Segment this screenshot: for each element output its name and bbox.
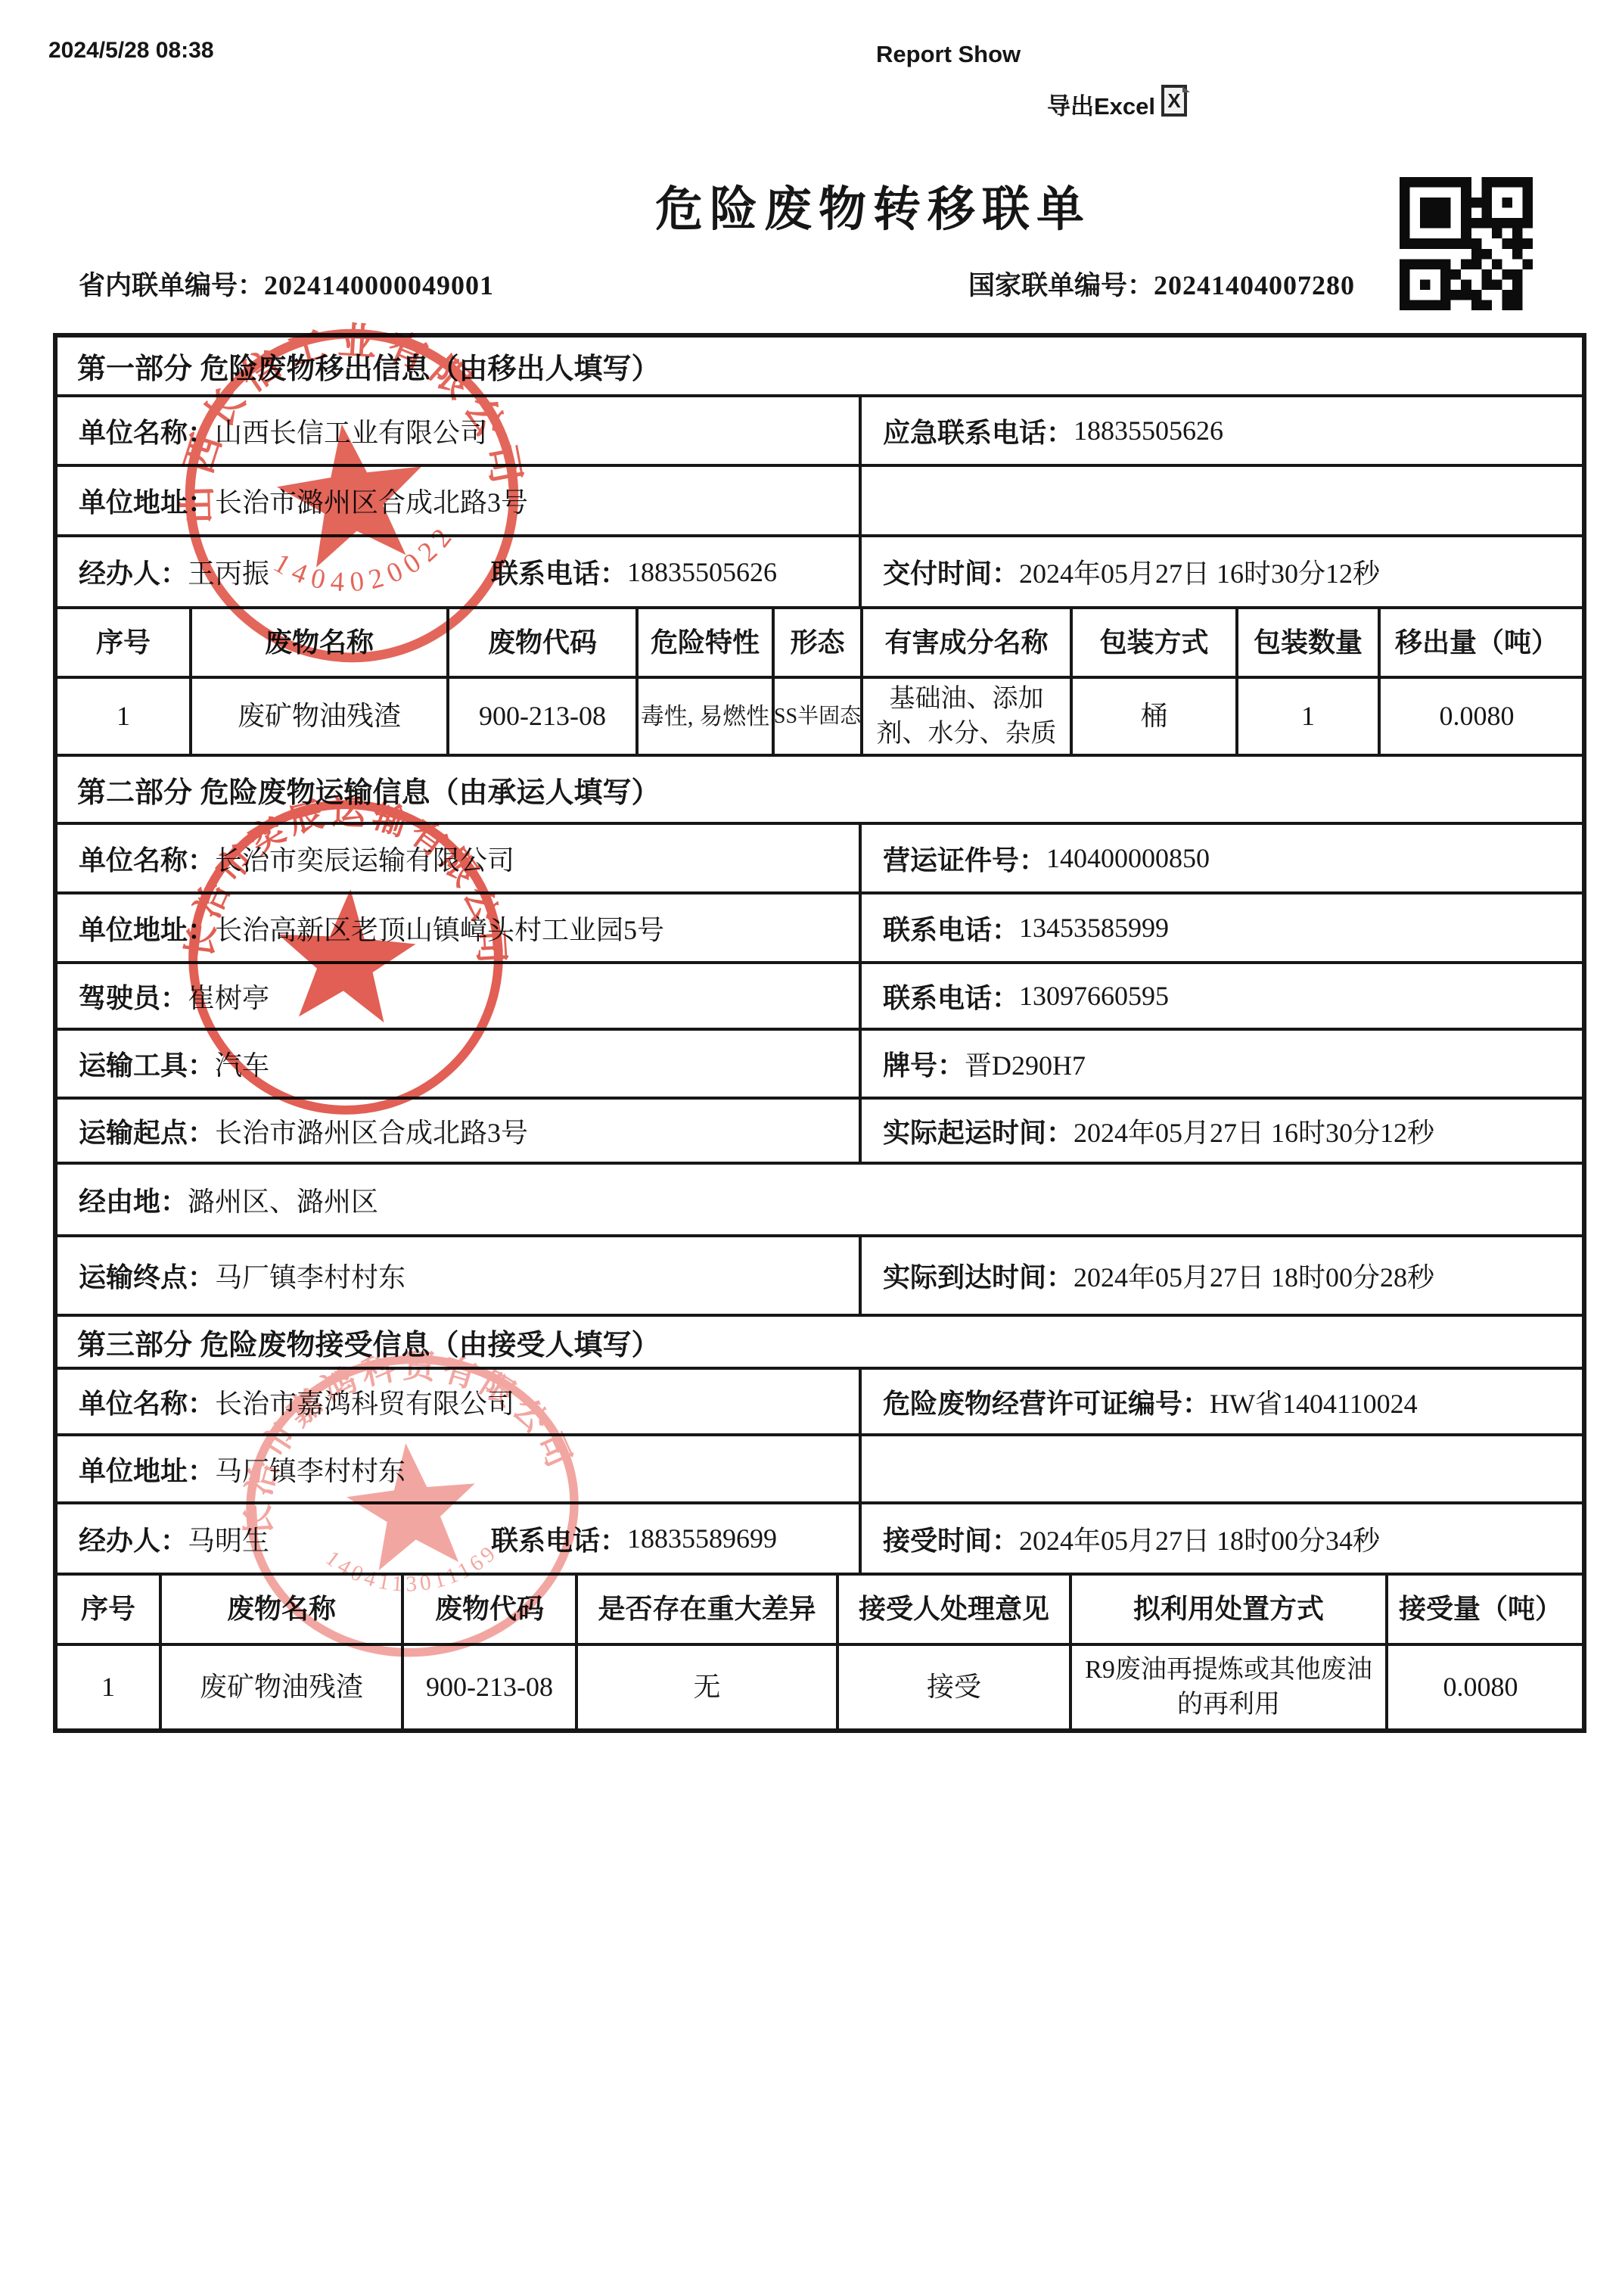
- field-s2-license: 营运证件号： 140400000850: [862, 825, 1582, 891]
- field-s2-vehicle: 运输工具： 汽车: [57, 1031, 862, 1097]
- s3-agent-label: 经办人：: [79, 1520, 188, 1558]
- document-title: 危险废物转移联单: [655, 171, 1091, 240]
- section2-row-unit-name: 单位名称： 长治市奕辰运输有限公司 营运证件号： 140400000850: [57, 822, 1582, 891]
- s3-cell-opinion: 接受: [839, 1646, 1072, 1728]
- s3-unit-name-value: 长治市嘉鸿科贸有限公司: [215, 1383, 514, 1421]
- field-s2-arrive-time: 实际到达时间： 2024年05月27日 18时00分28秒: [862, 1237, 1582, 1314]
- section3-table-header: 序号 废物名称 废物代码 是否存在重大差异 接受人处理意见 拟利用处置方式 接受…: [57, 1573, 1582, 1643]
- section1-table-header: 序号 废物名称 废物代码 危险特性 形态 有害成分名称 包装方式 包装数量 移出…: [57, 606, 1582, 676]
- s3-agent-phone-value: 18835589699: [627, 1523, 777, 1554]
- s3-agent-value: 马明生: [188, 1520, 269, 1558]
- s1-col-amount: 移出量（吨）: [1381, 609, 1573, 676]
- s3-accept-time-value: 2024年05月27日 18时00分34秒: [1019, 1520, 1380, 1558]
- province-manifest-label: 省内联单编号：: [79, 271, 264, 300]
- s1-unit-addr-label: 单位地址：: [79, 481, 215, 520]
- s1-cell-seq: 1: [57, 679, 192, 754]
- field-s3-unit-addr: 单位地址： 马厂镇李村村东: [57, 1436, 862, 1501]
- section3-table-row: 1 废矿物油残渣 900-213-08 无 接受 R9废油再提炼或其他废油的再利…: [57, 1643, 1582, 1728]
- s2-origin-value: 长治市潞州区合成北路3号: [215, 1112, 528, 1150]
- section2-row-driver: 驾驶员： 崔树亭 联系电话： 13097660595: [57, 961, 1582, 1028]
- national-manifest-value: 20241404007280: [1154, 270, 1355, 300]
- field-s2-driver-phone: 联系电话： 13097660595: [862, 964, 1582, 1028]
- field-s2-via: 经由地： 潞州区、潞州区: [57, 1165, 1582, 1234]
- s2-addr-phone-value: 13453585999: [1019, 912, 1169, 944]
- s2-arrive-time-label: 实际到达时间：: [883, 1256, 1074, 1295]
- s3-col-seq: 序号: [57, 1576, 162, 1643]
- s2-unit-addr-label: 单位地址：: [79, 909, 215, 947]
- s1-emergency-phone-label: 应急联系电话：: [883, 412, 1074, 450]
- s2-via-label: 经由地：: [79, 1181, 188, 1219]
- s1-col-hazard: 危险特性: [639, 609, 775, 676]
- s1-agent-phone-value: 18835505626: [627, 556, 777, 588]
- section3-row-unit-addr: 单位地址： 马厂镇李村村东: [57, 1433, 1582, 1501]
- field-s2-driver: 驾驶员： 崔树亭: [57, 964, 862, 1028]
- section1-row-unit-addr: 单位地址： 长治市潞州区合成北路3号: [57, 464, 1582, 534]
- field-s2-unit-addr: 单位地址： 长治高新区老顶山镇嶂头村工业园5号: [57, 894, 862, 961]
- s1-deliver-time-value: 2024年05月27日 16时30分12秒: [1019, 552, 1380, 591]
- s1-cell-hazard: 毒性, 易燃性: [639, 679, 775, 754]
- field-s2-plate: 牌号： 晋D290H7: [862, 1031, 1582, 1097]
- s2-via-value: 潞州区、潞州区: [188, 1181, 378, 1219]
- section3-row-unit-name: 单位名称： 长治市嘉鸿科贸有限公司 危险废物经营许可证编号： HW省140411…: [57, 1367, 1582, 1433]
- s3-unit-addr-label: 单位地址：: [79, 1450, 215, 1489]
- s2-plate-label: 牌号：: [883, 1044, 965, 1083]
- s2-unit-addr-value: 长治高新区老顶山镇嶂头村工业园5号: [215, 909, 664, 947]
- s1-cell-waste-name: 废矿物油残渣: [192, 679, 449, 754]
- field-s1-deliver-time: 交付时间： 2024年05月27日 16时30分12秒: [862, 537, 1582, 606]
- s3-cell-amount: 0.0080: [1388, 1646, 1573, 1728]
- section2-row-dest: 运输终点： 马厂镇李村村东 实际到达时间： 2024年05月27日 18时00分…: [57, 1234, 1582, 1314]
- section3-row-agent: 经办人：马明生 联系电话： 18835589699 接受时间： 2024年05月…: [57, 1501, 1582, 1573]
- section2-row-origin: 运输起点： 长治市潞州区合成北路3号 实际起运时间： 2024年05月27日 1…: [57, 1097, 1582, 1162]
- province-manifest-number: 省内联单编号：2024140000049001: [79, 265, 494, 303]
- s1-col-package: 包装方式: [1073, 609, 1238, 676]
- s2-license-value: 140400000850: [1046, 842, 1210, 874]
- s1-emergency-phone-value: 18835505626: [1074, 415, 1223, 446]
- s2-unit-name-value: 长治市奕辰运输有限公司: [215, 839, 514, 878]
- section1-title: 第一部分 危险废物移出信息（由移出人填写）: [57, 338, 1582, 394]
- s3-unit-name-label: 单位名称：: [79, 1383, 215, 1421]
- section2-row-unit-addr: 单位地址： 长治高新区老顶山镇嶂头村工业园5号 联系电话： 1345358599…: [57, 891, 1582, 961]
- s3-unit-addr-value: 马厂镇李村村东: [215, 1450, 405, 1489]
- s3-cell-discrepancy: 无: [578, 1646, 839, 1728]
- s2-dest-value: 马厂镇李村村东: [215, 1256, 405, 1295]
- field-s3-empty: [862, 1436, 1582, 1501]
- s2-plate-value: 晋D290H7: [965, 1044, 1086, 1083]
- s3-permit-value: HW省1404110024: [1210, 1383, 1418, 1421]
- s2-arrive-time-value: 2024年05月27日 18时00分28秒: [1074, 1256, 1434, 1295]
- export-excel-label: 导出Excel: [1047, 87, 1155, 121]
- field-s2-origin: 运输起点： 长治市潞州区合成北路3号: [57, 1100, 862, 1162]
- excel-icon: X: [1160, 82, 1192, 126]
- field-s2-dest: 运输终点： 马厂镇李村村东: [57, 1237, 862, 1314]
- national-manifest-number: 国家联单编号：20241404007280: [968, 265, 1355, 303]
- s1-unit-name-value: 山西长信工业有限公司: [215, 412, 487, 450]
- field-s1-emergency-phone: 应急联系电话： 18835505626: [862, 397, 1582, 464]
- s2-license-label: 营运证件号：: [883, 839, 1046, 878]
- s2-addr-phone-label: 联系电话：: [883, 909, 1019, 947]
- s2-driver-label: 驾驶员：: [79, 977, 188, 1016]
- export-excel-button[interactable]: 导出Excel X: [1047, 82, 1192, 126]
- s2-origin-label: 运输起点：: [79, 1112, 215, 1150]
- manifest-form: 第一部分 危险废物移出信息（由移出人填写） 单位名称： 山西长信工业有限公司 应…: [53, 333, 1586, 1733]
- section1-row-agent: 经办人：王丙振 联系电话： 18835505626 交付时间： 2024年05月…: [57, 534, 1582, 606]
- field-s3-accept-time: 接受时间： 2024年05月27日 18时00分34秒: [862, 1504, 1582, 1573]
- s2-driver-phone-value: 13097660595: [1019, 980, 1169, 1012]
- field-s2-addr-phone: 联系电话： 13453585999: [862, 894, 1582, 961]
- qr-code: [1400, 173, 1533, 319]
- province-manifest-value: 2024140000049001: [264, 270, 494, 300]
- s1-col-form: 形态: [775, 609, 863, 676]
- s1-cell-waste-code: 900-213-08: [449, 679, 639, 754]
- s2-dest-label: 运输终点：: [79, 1256, 215, 1295]
- s1-col-components: 有害成分名称: [863, 609, 1073, 676]
- s3-col-opinion: 接受人处理意见: [839, 1576, 1072, 1643]
- field-s3-agent: 经办人：马明生 联系电话： 18835589699: [57, 1504, 862, 1573]
- s2-vehicle-label: 运输工具：: [79, 1044, 215, 1083]
- s1-cell-package-qty: 1: [1238, 679, 1381, 754]
- s2-driver-value: 崔树亭: [188, 977, 269, 1016]
- s2-driver-phone-label: 联系电话：: [883, 977, 1019, 1016]
- field-s1-unit-name: 单位名称： 山西长信工业有限公司: [57, 397, 862, 464]
- s2-vehicle-value: 汽车: [215, 1044, 269, 1083]
- section2-row-vehicle: 运输工具： 汽车 牌号： 晋D290H7: [57, 1028, 1582, 1097]
- field-s3-permit: 危险废物经营许可证编号： HW省1404110024: [862, 1370, 1582, 1433]
- section2-title: 第二部分 危险废物运输信息（由承运人填写）: [57, 754, 1582, 822]
- svg-text:X: X: [1167, 89, 1181, 112]
- section2-row-via: 经由地： 潞州区、潞州区: [57, 1162, 1582, 1234]
- field-s1-empty: [862, 467, 1582, 534]
- s3-col-waste-code: 废物代码: [404, 1576, 578, 1643]
- s1-agent-phone-label: 联系电话：: [491, 552, 627, 591]
- national-manifest-label: 国家联单编号：: [968, 271, 1154, 300]
- field-s2-depart-time: 实际起运时间： 2024年05月27日 16时30分12秒: [862, 1100, 1582, 1162]
- s3-agent-phone-label: 联系电话：: [491, 1520, 627, 1558]
- s1-col-seq: 序号: [57, 609, 192, 676]
- s3-col-waste-name: 废物名称: [162, 1576, 404, 1643]
- print-page-title: Report Show: [876, 41, 1021, 68]
- section1-row-unit-name: 单位名称： 山西长信工业有限公司 应急联系电话： 18835505626: [57, 394, 1582, 464]
- s1-unit-name-label: 单位名称：: [79, 412, 215, 450]
- section3-title: 第三部分 危险废物接受信息（由接受人填写）: [57, 1314, 1582, 1367]
- s2-depart-time-value: 2024年05月27日 16时30分12秒: [1074, 1112, 1434, 1150]
- s1-unit-addr-value: 长治市潞州区合成北路3号: [215, 481, 528, 520]
- s1-col-package-qty: 包装数量: [1238, 609, 1381, 676]
- s1-agent-value: 王丙振: [188, 552, 269, 591]
- field-s1-agent: 经办人：王丙振 联系电话： 18835505626: [57, 537, 862, 606]
- s1-agent-label: 经办人：: [79, 552, 188, 591]
- s1-col-waste-code: 废物代码: [449, 609, 639, 676]
- field-s3-unit-name: 单位名称： 长治市嘉鸿科贸有限公司: [57, 1370, 862, 1433]
- s3-col-disposal: 拟利用处置方式: [1072, 1576, 1388, 1643]
- s1-cell-package: 桶: [1073, 679, 1238, 754]
- s1-cell-form: SS半固态: [775, 679, 863, 754]
- s3-permit-label: 危险废物经营许可证编号：: [883, 1383, 1210, 1421]
- s2-unit-name-label: 单位名称：: [79, 839, 215, 878]
- s1-cell-amount: 0.0080: [1381, 679, 1573, 754]
- print-timestamp: 2024/5/28 08:38: [48, 38, 214, 64]
- s3-col-discrepancy: 是否存在重大差异: [578, 1576, 839, 1643]
- field-s1-unit-addr: 单位地址： 长治市潞州区合成北路3号: [57, 467, 862, 534]
- field-s2-unit-name: 单位名称： 长治市奕辰运输有限公司: [57, 825, 862, 891]
- s3-cell-disposal: R9废油再提炼或其他废油的再利用: [1072, 1646, 1388, 1728]
- s3-accept-time-label: 接受时间：: [883, 1520, 1019, 1558]
- section1-table-row: 1 废矿物油残渣 900-213-08 毒性, 易燃性 SS半固态 基础油、添加…: [57, 676, 1582, 754]
- s3-cell-waste-name: 废矿物油残渣: [162, 1646, 404, 1728]
- s1-cell-components: 基础油、添加剂、水分、杂质: [863, 679, 1073, 754]
- s1-col-waste-name: 废物名称: [192, 609, 449, 676]
- s3-cell-waste-code: 900-213-08: [404, 1646, 578, 1728]
- s3-col-amount: 接受量（吨）: [1388, 1576, 1573, 1643]
- s3-cell-seq: 1: [57, 1646, 162, 1728]
- s1-deliver-time-label: 交付时间：: [883, 552, 1019, 591]
- s2-depart-time-label: 实际起运时间：: [883, 1112, 1074, 1150]
